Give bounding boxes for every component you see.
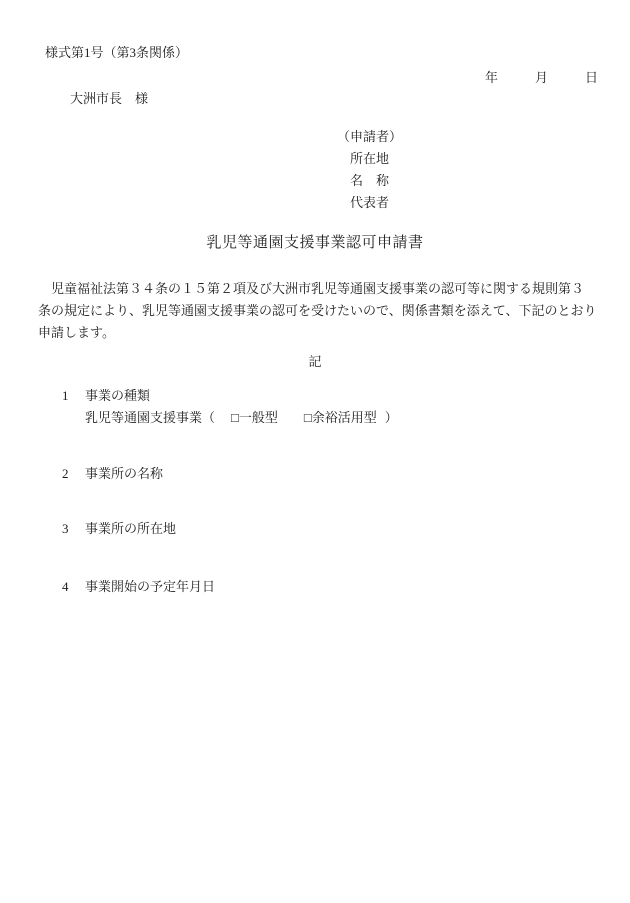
list-item-office-address: 3事業所の所在地 [62, 522, 176, 537]
date-day-label: 日 [585, 71, 598, 86]
applicant-field-name: 名 称 [337, 170, 402, 192]
document-page: 様式第1号（第3条関係） 年 月 日 大洲市長 様 （申請者） 所在地 名 称 … [0, 0, 630, 903]
list-item-start-date: 4事業開始の予定年月日 [62, 580, 215, 595]
item-label: 事業所の名称 [85, 466, 163, 481]
date-year-label: 年 [485, 71, 498, 86]
option-prefix: 乳児等通園支援事業（ [85, 410, 215, 425]
body-line: 条の規定により、乳児等通園支援事業の認可を受けたいので、関係書類を添えて、下記の… [38, 300, 598, 322]
list-item-business-type: 1事業の種類 [62, 389, 150, 404]
item-label: 事業所の所在地 [85, 521, 176, 536]
form-number: 様式第1号（第3条関係） [45, 46, 188, 61]
option-suffix: ） [385, 410, 398, 425]
addressee: 大洲市長 様 [70, 92, 148, 107]
list-item-office-name: 2事業所の名称 [62, 467, 163, 482]
item-number: 3 [62, 522, 85, 537]
date-line: 年 月 日 [485, 71, 598, 86]
section-marker: 記 [0, 355, 630, 370]
item-label: 事業開始の予定年月日 [85, 579, 215, 594]
applicant-field-address: 所在地 [337, 148, 402, 170]
applicant-field-representative: 代表者 [337, 192, 402, 214]
body-paragraph: 児童福祉法第３４条の１５第２項及び大洲市乳児等通園支援事業の認可等に関する規則第… [38, 278, 598, 344]
item-number: 1 [62, 389, 85, 404]
date-month-label: 月 [535, 71, 548, 86]
body-line: 申請します。 [38, 322, 598, 344]
item-number: 4 [62, 580, 85, 595]
item-number: 2 [62, 467, 85, 482]
applicant-block: （申請者） 所在地 名 称 代表者 [337, 126, 402, 214]
checkbox-general-icon: □ [231, 410, 239, 425]
item-label: 事業の種類 [85, 388, 150, 403]
body-line: 児童福祉法第３４条の１５第２項及び大洲市乳児等通園支援事業の認可等に関する規則第… [38, 278, 598, 300]
option-label-general: 一般型 [239, 410, 278, 425]
business-type-options: 乳児等通園支援事業（□一般型□余裕活用型） [85, 411, 398, 426]
document-title: 乳児等通園支援事業認可申請書 [0, 235, 630, 252]
applicant-heading: （申請者） [337, 126, 402, 148]
checkbox-surplus-icon: □ [304, 410, 312, 425]
option-label-surplus: 余裕活用型 [312, 410, 377, 425]
